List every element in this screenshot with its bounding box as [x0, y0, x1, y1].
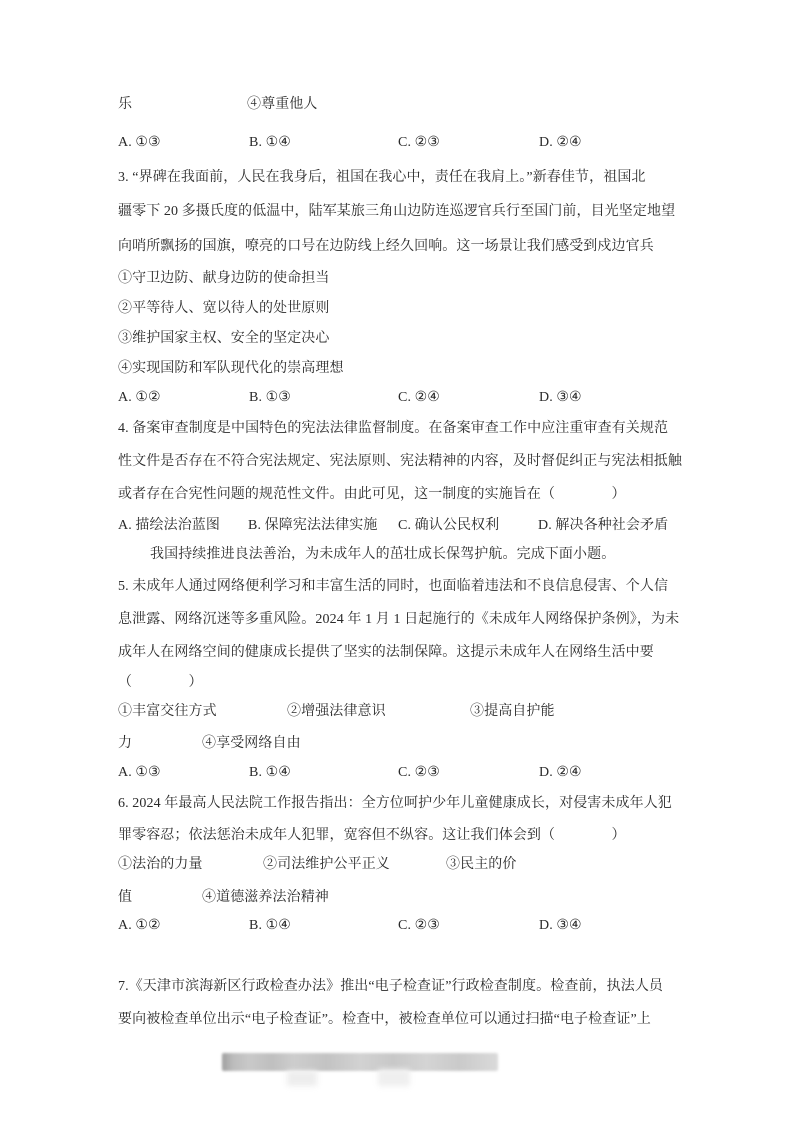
q6-item-2: ②司法维护公平正义: [263, 855, 390, 875]
q3-item-3: ③维护国家主权、安全的坚定决心: [118, 329, 680, 349]
q5-option-c: C. ②③: [398, 763, 440, 783]
q4-option-a: A. 描绘法治蓝图: [118, 516, 220, 536]
watermark-smudge-right: [378, 1069, 410, 1086]
q2-stem-overflow: 乐: [118, 95, 132, 115]
q5-item-4: ④享受网络自由: [202, 734, 301, 754]
q3-option-b: B. ①③: [249, 388, 291, 408]
q5-text-line-1: 5. 未成年人通过网络便利学习和丰富生活的同时，也面临着违法和不良信息侵害、个人…: [118, 577, 680, 597]
q6-option-b: B. ①④: [249, 916, 291, 936]
q3-item-2: ②平等待人、宽以待人的处世原则: [118, 299, 680, 319]
q5-item-3-overflow: 力: [118, 734, 132, 754]
q4-option-d: D. 解决各种社会矛盾: [538, 516, 668, 536]
q2-item-4: ④尊重他人: [247, 95, 318, 115]
q5-text-line-3: 成年人在网络空间的健康成长提供了坚实的法制保障。这提示未成年人在网络生活中要: [118, 643, 680, 663]
watermark-smudge-left: [287, 1071, 317, 1086]
section-intro-line: 我国持续推进良法善治，为未成年人的茁壮成长保驾护航。完成下面小题。: [118, 545, 712, 565]
q3-item-1: ①守卫边防、献身边防的使命担当: [118, 269, 680, 289]
blurred-watermark-bar: [222, 1053, 498, 1071]
q4-text-line-3: 或者存在合宪性问题的规范性文件。由此可见，这一制度的实施旨在（ ）: [118, 485, 680, 505]
q3-option-d: D. ③④: [539, 388, 582, 408]
q3-option-a: A. ①②: [118, 388, 161, 408]
q5-option-d: D. ②④: [539, 763, 582, 783]
q3-text-line-1: 3. “界碑在我面前，人民在我身后，祖国在我心中，责任在我肩上。”新春佳节，祖国…: [118, 168, 680, 188]
q4-option-c: C. 确认公民权利: [398, 516, 499, 536]
q5-text-line-4: （ ）: [118, 673, 680, 693]
q6-text-line-2: 罪零容忍；依法惩治未成年人犯罪，宽容但不纵容。这让我们体会到（ ）: [118, 826, 680, 846]
q3-item-4: ④实现国防和军队现代化的崇高理想: [118, 359, 680, 379]
q5-item-2: ②增强法律意识: [287, 702, 386, 722]
q5-option-b: B. ①④: [249, 763, 291, 783]
q4-option-b: B. 保障宪法法律实施: [248, 516, 377, 536]
q5-item-3: ③提高自护能: [470, 702, 555, 722]
q4-text-line-1: 4. 备案审查制度是中国特色的宪法法律监督制度。在备案审查工作中应注重审查有关规…: [118, 419, 680, 439]
q6-item-3-overflow: 值: [118, 888, 132, 908]
q4-text-line-2: 性文件是否存在不符合宪法规定、宪法原则、宪法精神的内容，及时督促纠正与宪法相抵触: [118, 452, 680, 472]
q2-option-b: B. ①④: [249, 133, 291, 153]
q2-option-d: D. ②④: [539, 133, 582, 153]
q3-option-c: C. ②④: [398, 388, 440, 408]
q6-item-3: ③民主的价: [446, 855, 517, 875]
q6-option-a: A. ①②: [118, 916, 161, 936]
q6-option-d: D. ③④: [539, 916, 582, 936]
q6-item-4: ④道德滋养法治精神: [202, 888, 329, 908]
q2-option-a: A. ①③: [118, 133, 161, 153]
q3-text-line-2: 疆零下 20 多摄氏度的低温中，陆军某旅三角山边防连巡逻官兵行至国门前，目光坚定…: [118, 202, 680, 222]
q5-option-a: A. ①③: [118, 763, 161, 783]
q3-text-line-3: 向哨所飘扬的国旗，嘹亮的口号在边防线上经久回响。这一场景让我们感受到戍边官兵: [118, 237, 680, 257]
q6-option-c: C. ②③: [398, 916, 440, 936]
q6-item-1: ①法治的力量: [118, 855, 203, 875]
q5-item-1: ①丰富交往方式: [118, 702, 217, 722]
q7-text-line-2: 要向被检查单位出示“电子检查证”。检查中，被检查单位可以通过扫描“电子检查证”上: [118, 1010, 680, 1030]
q5-text-line-2: 息泄露、网络沉迷等多重风险。2024 年 1 月 1 日起施行的《未成年人网络保…: [118, 610, 680, 630]
q2-option-c: C. ②③: [398, 133, 440, 153]
q6-text-line-1: 6. 2024 年最高人民法院工作报告指出：全方位呵护少年儿童健康成长，对侵害未…: [118, 794, 680, 814]
exam-paper-page: 乐 ④尊重他人 A. ①③ B. ①④ C. ②③ D. ②④ 3. “界碑在我…: [0, 0, 793, 1122]
q7-text-line-1: 7.《天津市滨海新区行政检查办法》推出“电子检查证”行政检查制度。检查前，执法人…: [118, 977, 680, 997]
